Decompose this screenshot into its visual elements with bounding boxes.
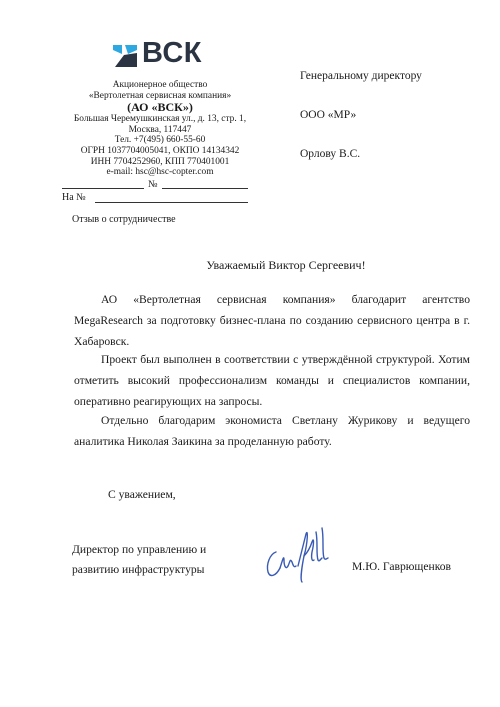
- addressee-position: Генеральному директору: [300, 70, 422, 82]
- body-paragraph-2: Проект был выполнен в соответствии с утв…: [74, 349, 470, 412]
- reference-number-line: На №: [62, 192, 248, 206]
- addressee-name: Орлову В.С.: [300, 148, 360, 160]
- reference-label: На №: [62, 192, 86, 203]
- paragraph-text: Отдельно благодарим экономиста Светлану …: [74, 410, 470, 452]
- logo-text: ВСК: [142, 37, 202, 70]
- number-blank: [162, 188, 248, 189]
- address-line-2: Москва, 117447: [62, 125, 258, 136]
- signer-name: М.Ю. Гаврющенков: [352, 560, 451, 573]
- signer-title-line-1: Директор по управлению и: [72, 540, 206, 560]
- date-blank: [62, 188, 144, 189]
- inn-kpp: ИНН 7704252960, КПП 770401001: [62, 157, 258, 168]
- address-line-1: Большая Черемушкинская ул., д. 13, стр. …: [62, 114, 258, 125]
- ogrn-okpo: ОГРН 1037704005041, ОКПО 14134342: [62, 146, 258, 157]
- signer-title-line-2: развитию инфраструктуры: [72, 560, 206, 580]
- handwritten-signature-icon: [262, 522, 332, 586]
- closing: С уважением,: [108, 488, 176, 501]
- letterhead: Акционерное общество «Вертолетная сервис…: [62, 80, 258, 178]
- addressee-company: ООО «МР»: [300, 109, 356, 121]
- company-logo: ВСК: [112, 40, 212, 70]
- body-paragraph-1: АО «Вертолетная сервисная компания» благ…: [74, 289, 470, 352]
- org-type: Акционерное общество: [62, 80, 258, 91]
- org-short-name: (АО «ВСК»): [62, 101, 258, 114]
- salutation: Уважаемый Виктор Сергеевич!: [0, 258, 500, 273]
- reference-blank: [95, 202, 248, 203]
- paragraph-text: Проект был выполнен в соответствии с утв…: [74, 349, 470, 412]
- number-sign: №: [148, 179, 158, 190]
- body-paragraph-3: Отдельно благодарим экономиста Светлану …: [74, 410, 470, 452]
- email: e-mail: hsc@hsc-copter.com: [62, 167, 258, 178]
- paragraph-text: АО «Вертолетная сервисная компания» благ…: [74, 289, 470, 352]
- letter-subject: Отзыв о сотрудничестве: [72, 214, 176, 225]
- phone: Тел. +7(495) 660-55-60: [62, 135, 258, 146]
- signer-title: Директор по управлению и развитию инфрас…: [72, 540, 206, 580]
- logo-mark-icon: [112, 42, 138, 68]
